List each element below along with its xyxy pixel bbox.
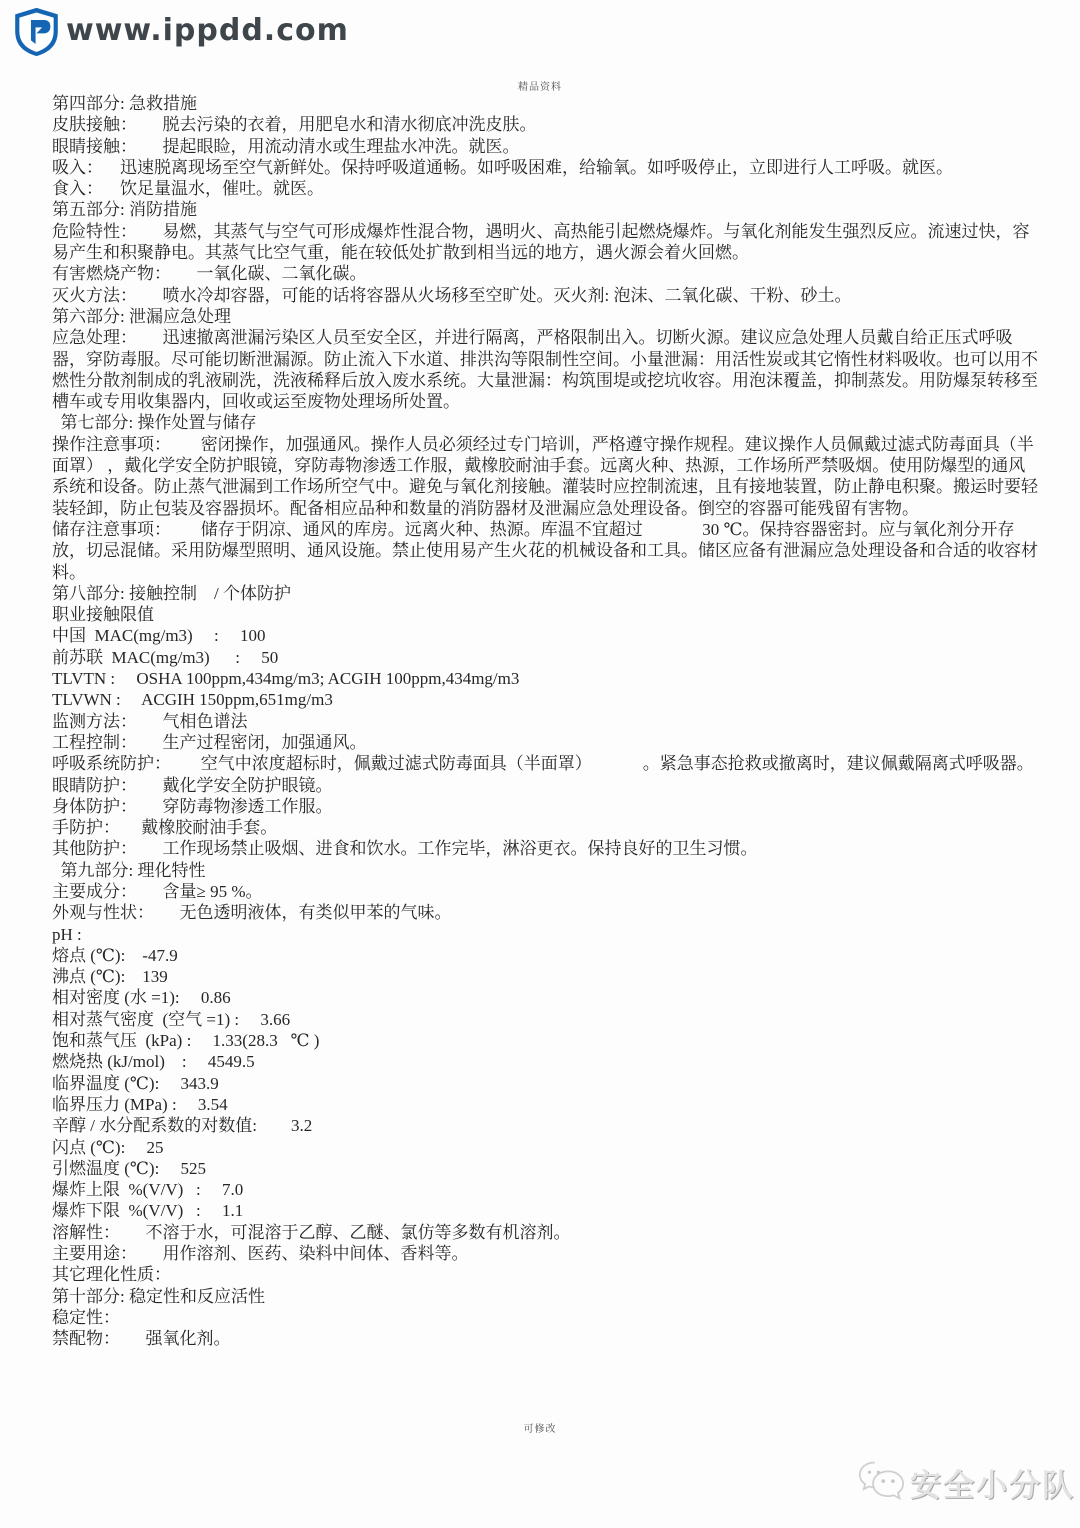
text-line: 第十部分: 稳定性和反应活性: [52, 1286, 1040, 1307]
text-line: 主要用途： 用作溶剂、医药、染料中间体、香料等。: [52, 1243, 1040, 1264]
text-line: 熔点 (℃): -47.9: [52, 945, 1040, 966]
text-line: 溶解性： 不溶于水，可混溶于乙醇、乙醚、氯仿等多数有机溶剂。: [52, 1222, 1040, 1243]
text-line: 职业接触限值: [52, 604, 1040, 625]
text-line: 吸入： 迅速脱离现场至空气新鲜处。保持呼吸道通畅。如呼吸困难，给输氧。如呼吸停止…: [52, 157, 1040, 178]
text-line: 前苏联 MAC(mg/m3) : 50: [52, 647, 1040, 668]
text-line: 第八部分: 接触控制 / 个体防护: [52, 583, 1040, 604]
text-line: 储存注意事项： 储存于阴凉、通风的库房。远离火种、热源。库温不宜超过 30 ℃。…: [52, 519, 1040, 583]
text-line: 稳定性：: [52, 1307, 1040, 1328]
text-line: 临界温度 (℃): 343.9: [52, 1073, 1040, 1094]
text-line: 手防护： 戴橡胶耐油手套。: [52, 817, 1040, 838]
shield-p-icon: [13, 7, 60, 57]
text-line: 辛醇 / 水分配系数的对数值: 3.2: [52, 1115, 1040, 1136]
text-line: 身体防护： 穿防毒物渗透工作服。: [52, 796, 1040, 817]
text-line: 临界压力 (MPa) : 3.54: [52, 1094, 1040, 1115]
text-line: 爆炸下限 %(V/V) : 1.1: [52, 1200, 1040, 1221]
text-line: 相对蒸气密度 (空气 =1) : 3.66: [52, 1009, 1040, 1030]
bottom-watermark: 可修改: [0, 1420, 1080, 1435]
text-line: 监测方法： 气相色谱法: [52, 711, 1040, 732]
text-line: 工程控制： 生产过程密闭，加强通风。: [52, 732, 1040, 753]
text-line: 应急处理： 迅速撤离泄漏污染区人员至安全区，并进行隔离，严格限制出入。切断火源。…: [52, 327, 1040, 412]
text-line: 有害燃烧产物： 一氧化碳、二氧化碳。: [52, 263, 1040, 284]
text-line: 皮肤接触： 脱去污染的衣着，用肥皂水和清水彻底冲洗皮肤。: [52, 114, 1040, 135]
text-line: 燃烧热 (kJ/mol) : 4549.5: [52, 1051, 1040, 1072]
text-line: 危险特性： 易燃，其蒸气与空气可形成爆炸性混合物，遇明火、高热能引起燃烧爆炸。与…: [52, 221, 1040, 264]
text-line: 其他防护： 工作现场禁止吸烟、进食和饮水。工作完毕，淋浴更衣。保持良好的卫生习惯…: [52, 838, 1040, 859]
text-line: 呼吸系统防护： 空气中浓度超标时，佩戴过滤式防毒面具（半面罩） 。紧急事态抢救或…: [52, 753, 1040, 774]
text-line: pH :: [52, 924, 1040, 945]
text-line: 眼睛接触： 提起眼睑，用流动清水或生理盐水冲洗。就医。: [52, 136, 1040, 157]
wechat-icon: [856, 1459, 906, 1505]
top-watermark: 精品资料: [0, 78, 1080, 93]
text-line: 沸点 (℃): 139: [52, 966, 1040, 987]
text-line: 眼睛防护： 戴化学安全防护眼镜。: [52, 775, 1040, 796]
text-line: 灭火方法： 喷水冷却容器，可能的话将容器从火场移至空旷处。灭火剂: 泡沫、二氧化…: [52, 285, 1040, 306]
text-line: 第七部分: 操作处置与储存: [52, 412, 1040, 433]
site-url: www.ippdd.com: [66, 13, 349, 48]
text-line: TLVWN : ACGIH 150ppm,651mg/m3: [52, 689, 1040, 710]
text-line: TLVTN : OSHA 100ppm,434mg/m3; ACGIH 100p…: [52, 668, 1040, 689]
text-line: 外观与性状： 无色透明液体，有类似甲苯的气味。: [52, 902, 1040, 923]
text-line: 其它理化性质：: [52, 1264, 1040, 1285]
brand-badge: 安全小分队: [856, 1456, 1066, 1508]
brand-name: 安全小分队: [910, 1460, 1075, 1505]
text-line: 相对密度 (水 =1): 0.86: [52, 987, 1040, 1008]
text-line: 爆炸上限 %(V/V) : 7.0: [52, 1179, 1040, 1200]
document-body: 第四部分: 急救措施皮肤接触： 脱去污染的衣着，用肥皂水和清水彻底冲洗皮肤。眼睛…: [52, 93, 1040, 1350]
text-line: 第四部分: 急救措施: [52, 93, 1040, 114]
text-line: 第九部分: 理化特性: [52, 860, 1040, 881]
text-line: 饱和蒸气压 (kPa) : 1.33(28.3 ℃ ): [52, 1030, 1040, 1051]
text-line: 食入： 饮足量温水，催吐。就医。: [52, 178, 1040, 199]
text-line: 禁配物： 强氧化剂。: [52, 1328, 1040, 1349]
text-line: 操作注意事项： 密闭操作，加强通风。操作人员必须经过专门培训，严格遵守操作规程。…: [52, 434, 1040, 519]
text-line: 第六部分: 泄漏应急处理: [52, 306, 1040, 327]
text-line: 闪点 (℃): 25: [52, 1137, 1040, 1158]
page-header: www.ippdd.com: [0, 0, 1080, 70]
text-line: 第五部分: 消防措施: [52, 199, 1040, 220]
text-line: 主要成分： 含量≥ 95 %。: [52, 881, 1040, 902]
text-line: 中国 MAC(mg/m3) : 100: [52, 625, 1040, 646]
page-root: { "header": { "site_url": "www.ippdd.com…: [0, 0, 1080, 1528]
text-line: 引燃温度 (℃): 525: [52, 1158, 1040, 1179]
